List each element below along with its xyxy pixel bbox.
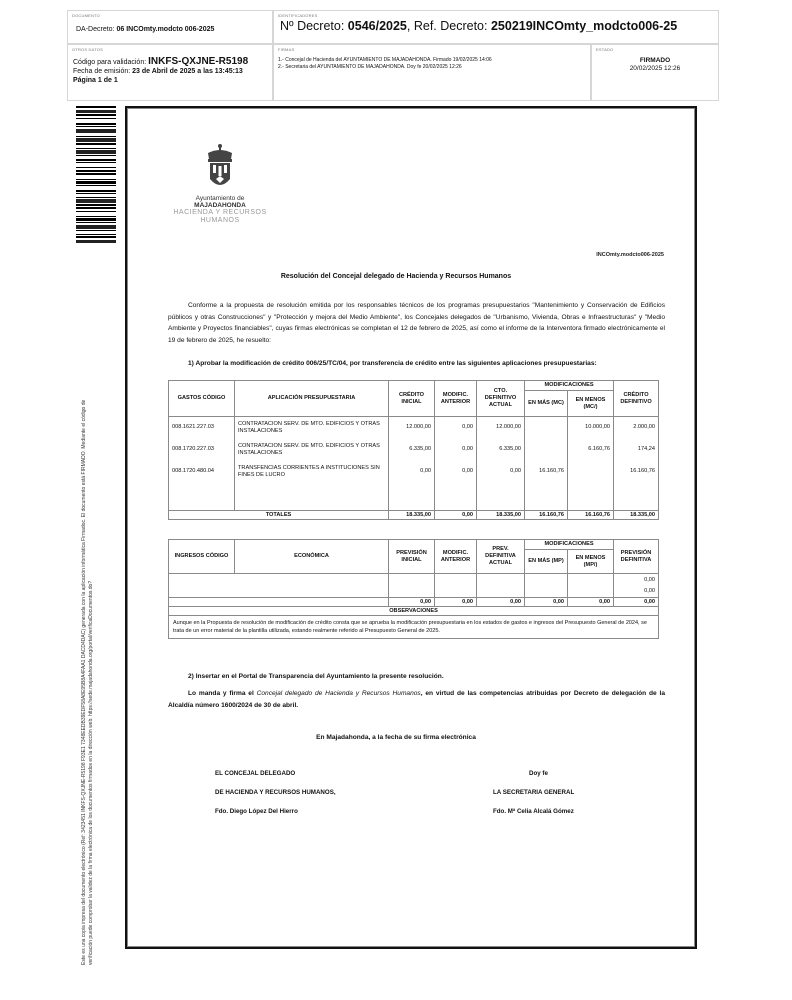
- decreto-identifier: Nº Decreto: 0546/2025, Ref. Decreto: 250…: [280, 19, 677, 33]
- estado-label: ESTADO: [596, 47, 613, 52]
- observaciones-text: Aunque en la Propuesta de resolución de …: [169, 616, 659, 639]
- document-reference: INCOmty.modcto006-2025: [596, 252, 664, 258]
- side-verification-text: Este es una copia impresa del documento …: [81, 400, 87, 965]
- identificadores-box: IDENTIFICADORES Nº Decreto: 0546/2025, R…: [273, 10, 719, 44]
- table-row: 008.1720.227.03CONTRATACION SERV. DE MTO…: [169, 439, 659, 461]
- ingresos-table: INGRESOS CÓDIGO ECONÓMICA PREVISIÓN INIC…: [168, 539, 659, 639]
- table-row: 0,00: [169, 574, 659, 586]
- page-count: Página 1 de 1: [73, 77, 118, 84]
- manda-paragraph: Lo manda y firma el Concejal delegado de…: [168, 688, 665, 711]
- firma-item: 1.- Concejal de Hacienda del AYUNTAMIENT…: [278, 57, 492, 64]
- place-date-line: En Majadahonda, a la fecha de su firma e…: [0, 734, 792, 741]
- table-row: 008.1621.227.03CONTRATACION SERV. DE MTO…: [169, 417, 659, 439]
- side-verification-text: verificación puede comprobar la validez …: [88, 581, 94, 965]
- barcode: [76, 106, 116, 276]
- resolution-step-1: 1) Aprobar la modificación de crédito 00…: [188, 358, 668, 370]
- firma-item: 2.- Secretaria del AYUNTAMIENTO DE MAJAD…: [278, 64, 492, 71]
- page-title: Resolución del Concejal delegado de Haci…: [0, 273, 792, 280]
- otros-datos-label: OTROS DATOS: [72, 47, 103, 52]
- ayuntamiento-logo: Ayuntamiento de MAJADAHONDA HACIENDA Y R…: [165, 143, 275, 235]
- gastos-table: GASTOS CÓDIGO APLICACIÓN PRESUPUESTARIA …: [168, 380, 659, 520]
- estado-box: ESTADO FIRMADO 20/02/2025 12:26: [591, 44, 719, 101]
- identificadores-label: IDENTIFICADORES: [278, 13, 317, 18]
- documento-label: DOCUMENTO: [72, 13, 100, 18]
- firmas-box: FIRMAS 1.- Concejal de Hacienda del AYUN…: [273, 44, 591, 101]
- otros-datos-box: OTROS DATOS Código para validación: INKF…: [67, 44, 273, 101]
- firmas-label: FIRMAS: [278, 47, 294, 52]
- documento-value: DA-Decreto: 06 INCOmty.modcto 006-2025: [76, 26, 214, 33]
- intro-paragraph: Conforme a la propuesta de resolución em…: [168, 300, 665, 347]
- emission-date: 23 de Abril de 2025 a las 13:45:13: [132, 68, 243, 75]
- coat-of-arms-icon: [203, 143, 237, 193]
- decreto-number: 0546/2025: [348, 19, 407, 33]
- observaciones-header: OBSERVACIONES: [169, 607, 659, 616]
- table-row: 008.1720.480.04TRANSFENCIAS CORRIENTES A…: [169, 461, 659, 483]
- status-date: 20/02/2025 12:26: [592, 65, 718, 73]
- validation-code[interactable]: INKFS-QXJNE-R5198: [148, 56, 248, 67]
- documento-box: DOCUMENTO DA-Decreto: 06 INCOmty.modcto …: [67, 10, 273, 44]
- status-badge: FIRMADO: [640, 57, 670, 64]
- decreto-ref: 250219INCOmty_modcto006-25: [491, 19, 677, 33]
- signature-block-concejal: EL CONCEJAL DELEGADO DE HACIENDA Y RECUR…: [215, 764, 336, 821]
- signature-block-secretaria: Doy fe LA SECRETARIA GENERAL Fdo. Mª Cel…: [493, 764, 574, 821]
- resolution-step-2: 2) Insertar en el Portal de Transparenci…: [188, 671, 668, 683]
- table-row: 0,00: [169, 586, 659, 598]
